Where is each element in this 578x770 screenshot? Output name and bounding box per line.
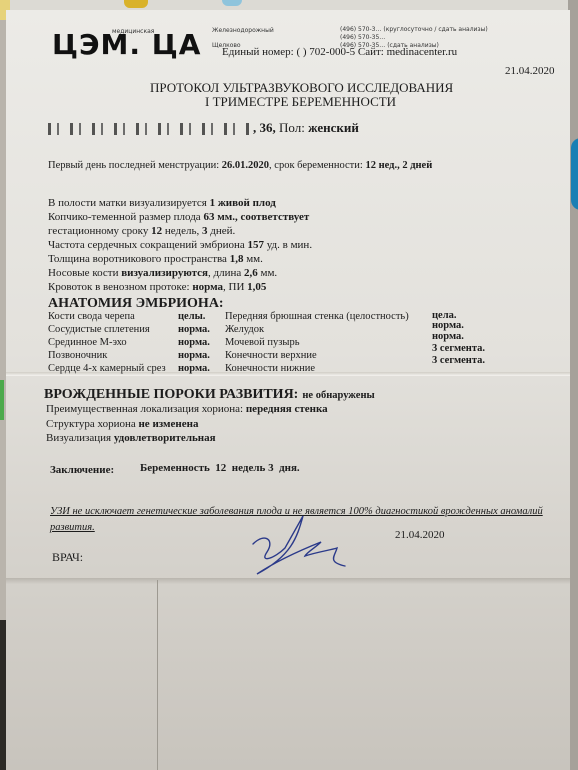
lmp-date: 26.01.2020 — [222, 160, 269, 171]
finding-text: мм. — [243, 253, 262, 265]
phone-value: ( ) 702-000-5 — [296, 46, 355, 58]
finding-value: 12 — [151, 225, 162, 237]
finding-text: мм. — [258, 267, 277, 279]
finding-text: , ПИ — [223, 281, 247, 293]
sex-label: Пол: — [279, 120, 305, 135]
anatomy-left-label: Сосудистые сплетения — [48, 324, 150, 335]
report-date: 21.04.2020 — [505, 65, 555, 77]
site-value: medinacenter.ru — [387, 46, 458, 58]
doctor-signature — [245, 512, 355, 582]
anatomy-right-label: Конечности нижние — [225, 363, 315, 374]
chorion-line: Преимущественная локализация хориона: пе… — [46, 403, 328, 415]
lmp-label: Первый день последней менструации: — [48, 160, 219, 171]
paper-crease — [157, 580, 158, 770]
malformations-value: не обнаружены — [302, 390, 374, 401]
finding-text: Частота сердечных сокращений эмбриона — [48, 239, 247, 251]
finding-line: Толщина воротникового пространства 1,8 м… — [48, 253, 263, 265]
phone-line: Единый номер: ( ) 702-000-5 Сайт: medina… — [222, 46, 457, 58]
signature-date: 21.04.2020 — [395, 529, 445, 541]
anatomy-left-label: Кости свода черепа — [48, 311, 135, 322]
anatomy-right-value: норма. — [432, 331, 464, 342]
finding-line: Частота сердечных сокращений эмбриона 15… — [48, 239, 312, 251]
anatomy-right-value: норма. — [432, 320, 464, 331]
malformations-line: ВРОЖДЕННЫЕ ПОРОКИ РАЗВИТИЯ: не обнаружен… — [44, 385, 375, 403]
background-object — [0, 380, 4, 420]
anatomy-left-value: целы. — [178, 311, 205, 322]
header-small-label: Железнодорожный — [212, 27, 274, 34]
disclaimer-line2: развития. — [50, 522, 95, 533]
finding-line: Копчико-теменной размер плода 63 мм., со… — [48, 211, 309, 223]
document-subtitle: I ТРИМЕСТРЕ БЕРЕМЕННОСТИ — [205, 94, 396, 110]
finding-text: , длина — [208, 267, 244, 279]
redacted-name — [48, 123, 253, 135]
lmp-line: Первый день последней менструации: 26.01… — [48, 160, 432, 171]
anatomy-left-label: Срединное М-эхо — [48, 337, 127, 348]
background-object — [571, 138, 578, 210]
finding-line: гестационному сроку 12 недель, 3 дней. — [48, 225, 235, 237]
anatomy-right-value: 3 сегмента. — [432, 355, 485, 366]
finding-line: В полости матки визуализируется 1 живой … — [48, 197, 276, 209]
finding-line: Носовые кости визуализируются, длина 2,6… — [48, 267, 277, 279]
patient-line: , 36, Пол: женский — [48, 120, 359, 136]
chorion-value: не изменена — [138, 418, 198, 430]
finding-text: В полости матки визуализируется — [48, 197, 210, 209]
term-value: 12 нед., 2 дней — [365, 160, 432, 171]
anatomy-left-value: норма. — [178, 324, 210, 335]
phone-label: Единый номер: — [222, 46, 294, 58]
anatomy-right-label: Мочевой пузырь — [225, 337, 299, 348]
chorion-value: удовлетворительная — [114, 432, 216, 444]
doctor-label: ВРАЧ: — [52, 550, 83, 565]
conclusion-value: Беременность 12 недель 3 дня. — [140, 462, 300, 474]
anatomy-left-value: норма. — [178, 350, 210, 361]
finding-value: 63 мм., соответствует — [203, 211, 309, 223]
conclusion-label: Заключение: — [50, 464, 114, 476]
finding-text: Копчико-теменной размер плода — [48, 211, 203, 223]
anatomy-right-label: Желудок — [225, 324, 264, 335]
finding-text: Носовые кости — [48, 267, 121, 279]
background-object — [222, 0, 242, 6]
chorion-label: Визуализация — [46, 432, 114, 444]
finding-line: Кровоток в венозном протоке: норма, ПИ 1… — [48, 281, 266, 293]
chorion-line: Структура хориона не изменена — [46, 418, 198, 430]
finding-value: норма — [192, 281, 223, 293]
finding-text: гестационному сроку — [48, 225, 151, 237]
chorion-line: Визуализация удовлетворительная — [46, 432, 216, 444]
finding-text: Кровоток в венозном протоке: — [48, 281, 192, 293]
finding-text: уд. в мин. — [264, 239, 312, 251]
sex-value: женский — [308, 120, 359, 135]
finding-value: 2,6 — [244, 267, 258, 279]
chorion-label: Структура хориона — [46, 418, 138, 430]
background-object — [124, 0, 148, 8]
term-label: , срок беременности: — [269, 160, 363, 171]
anatomy-right-value: 3 сегмента. — [432, 343, 485, 354]
anatomy-right-label: Конечности верхние — [225, 350, 317, 361]
finding-text: Толщина воротникового пространства — [48, 253, 230, 265]
header-contact-line: (496) 570-3… (круглосуточно / сдать анал… — [340, 26, 488, 33]
malformations-heading: ВРОЖДЕННЫЕ ПОРОКИ РАЗВИТИЯ: — [44, 387, 298, 402]
chorion-label: Преимущественная локализация хориона: — [46, 403, 246, 415]
finding-text: дней. — [207, 225, 235, 237]
chorion-value: передняя стенка — [246, 403, 328, 415]
finding-value: 1 живой плод — [210, 197, 276, 209]
finding-value: визуализируются — [121, 267, 208, 279]
anatomy-left-value: норма. — [178, 337, 210, 348]
anatomy-left-label: Позвоночник — [48, 350, 107, 361]
finding-value: 1,8 — [230, 253, 244, 265]
anatomy-left-value: норма. — [178, 363, 210, 374]
finding-value: 1,05 — [247, 281, 266, 293]
anatomy-left-label: Сердце 4-х камерный срез — [48, 363, 166, 374]
header-small-label: медицинская — [112, 28, 154, 35]
header-contact-line: (496) 570-35… — [340, 34, 385, 41]
anatomy-heading: АНАТОМИЯ ЭМБРИОНА: — [48, 296, 224, 312]
finding-value: 157 — [247, 239, 264, 251]
anatomy-right-label: Передняя брюшная стенка (целостность) — [225, 311, 409, 322]
finding-text: недель, — [162, 225, 202, 237]
site-label: Сайт: — [358, 46, 384, 58]
patient-age: , 36, — [253, 120, 276, 135]
